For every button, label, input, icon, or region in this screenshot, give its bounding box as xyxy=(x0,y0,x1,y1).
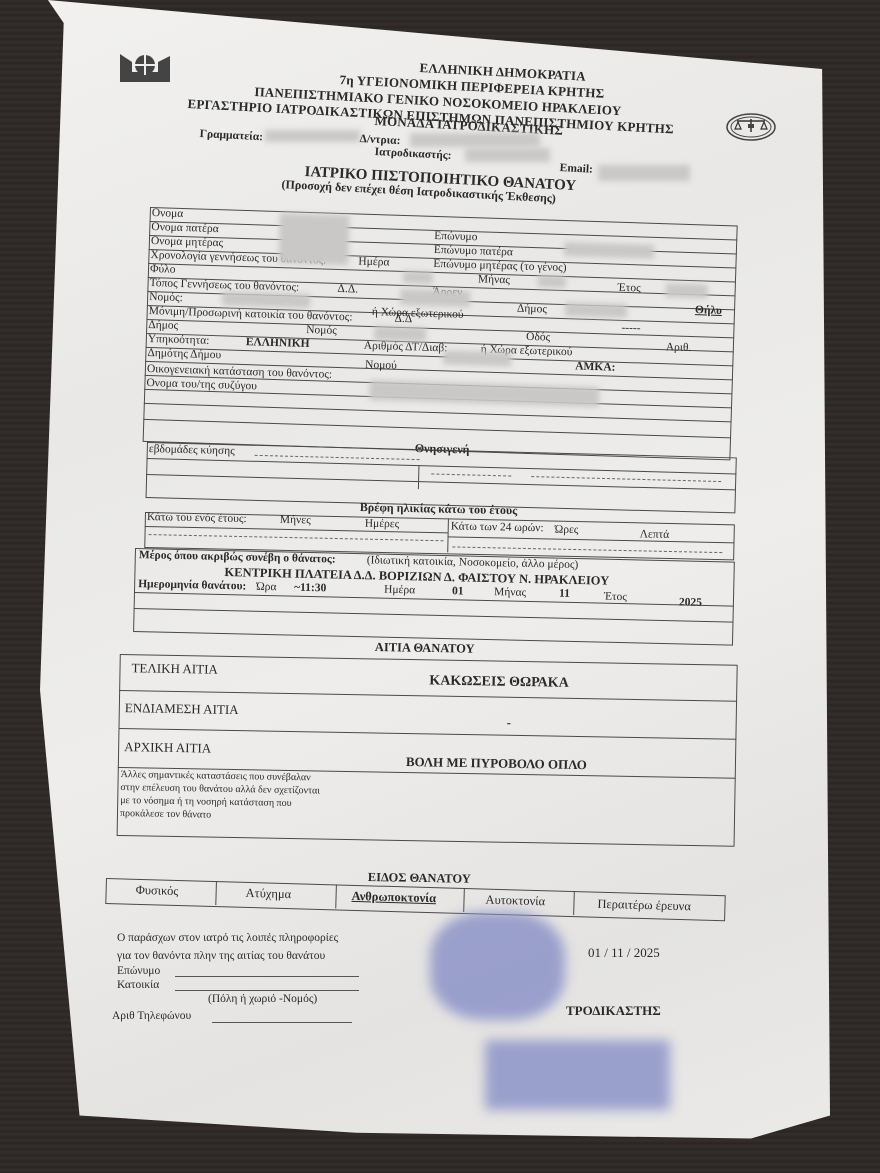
emblem-icon xyxy=(120,52,170,82)
manner-option-further-investigation[interactable]: Περαιτέρω έρευνα xyxy=(597,897,691,915)
informant-residence-hint: (Πόλη ή χωριό -Νομός) xyxy=(208,993,317,1005)
months-label: Μήνες xyxy=(280,514,311,527)
res-municipality-label: Δήμος xyxy=(148,319,178,332)
secretariat-label: Γραμματεία: xyxy=(199,128,263,143)
surname-label: Επώνυμο xyxy=(434,230,478,243)
infant-title: Βρέφη ηλικίας κάτω του έτους xyxy=(360,500,518,518)
final-cause-value: ΚΑΚΩΣΕΙΣ ΘΩΡΑΚΑ xyxy=(429,673,569,691)
death-place-table: Μέρος όπου ακριβώς συνέβη ο θάνατος: (Ιδ… xyxy=(133,548,735,646)
gestation-weeks-label: εβδομάδες κύησης xyxy=(149,443,235,457)
informant-phone-label: Αριθ Τηλεφώνου xyxy=(112,1010,191,1022)
redacted-stamp xyxy=(430,912,565,1020)
redacted-municipality xyxy=(565,302,627,318)
prefecture-of-label: Νομού xyxy=(365,359,397,372)
death-month-label: Μήνας xyxy=(494,586,526,599)
mother-name-label: Ονομα μητέρας xyxy=(151,235,224,249)
sex-label: Φύλο xyxy=(150,263,176,276)
informant-residence-label: Κατοικία xyxy=(117,979,159,991)
manner-title: ΕΙΔΟΣ ΘΑΝΑΤΟΥ xyxy=(368,870,471,887)
director-label: Δ/ντρια: xyxy=(359,133,400,147)
death-month-value: 11 xyxy=(559,588,570,600)
redacted-email xyxy=(598,165,690,181)
coroner-label: Ιατροδικαστής: xyxy=(374,146,451,162)
birth-day-label: Ημέρα xyxy=(358,256,389,269)
informant-line-2: για τον θανόντα πλην της αιτίας του θανά… xyxy=(117,950,325,962)
days-label: Ημέρες xyxy=(365,518,400,531)
number-label: Αριθ. xyxy=(666,341,692,354)
res-prefecture-label: Νομός xyxy=(306,324,337,337)
redacted-signature xyxy=(485,1040,670,1110)
manner-option-accident[interactable]: Ατύχημα xyxy=(245,886,291,902)
father-name-label: Ονομα πατέρα xyxy=(151,221,219,235)
redacted-secretariat xyxy=(265,130,360,142)
email-label: Email: xyxy=(559,162,593,176)
redacted-res-prefecture xyxy=(374,326,426,342)
under-one-year-label: Κάτω του ενός έτους: xyxy=(147,511,247,525)
name-label: Ονομα xyxy=(152,207,184,220)
redacted-year xyxy=(665,283,707,298)
dashes-value: ----- xyxy=(621,322,641,335)
prefecture-label: Νομός: xyxy=(149,291,183,304)
death-certificate-document: ΕΛΛΗΝΙΚΗ ΔΗΜΟΚΡΑΤΙΑ 7η ΥΓΕΙΟΝΟΜΙΚΗ ΠΕΡΙΦ… xyxy=(0,0,880,1173)
minutes-label: Λεπτά xyxy=(640,528,670,541)
death-day-label: Ημέρα xyxy=(384,584,415,597)
redacted-director xyxy=(410,133,540,147)
redacted-surname xyxy=(564,242,654,259)
redacted-names xyxy=(278,213,350,265)
birth-month-label: Μήνας xyxy=(478,273,510,286)
redacted-month xyxy=(538,275,566,288)
redacted-prefecture xyxy=(222,291,310,308)
nationality-label: Υπηκοότητα: xyxy=(148,333,210,347)
other-conditions-label: Άλλες σημαντικές καταστάσεις που συνέβαλ… xyxy=(120,768,320,823)
birth-year-label: Έτος xyxy=(618,282,641,295)
under-24h-label: Κάτω των 24 ωρών: xyxy=(451,520,544,534)
amka-label: ΑΜΚΑ: xyxy=(575,360,616,373)
scales-of-justice-icon xyxy=(725,112,777,142)
death-year-label: Έτος xyxy=(604,591,627,604)
initial-cause-value: ΒΟΛΗ ΜΕ ΠΥΡΟΒΟΛΟ ΟΠΛΟ xyxy=(406,754,587,773)
hours-label: Ώρες xyxy=(555,524,579,536)
manner-option-natural[interactable]: Φυσικός xyxy=(135,883,178,899)
street-label: Οδός xyxy=(526,331,550,344)
citizen-of-label: Δημότης Δήμου xyxy=(147,347,221,361)
death-day-value: 01 xyxy=(452,585,464,597)
redacted-coroner xyxy=(465,148,550,162)
municipality-label: Δήμος xyxy=(517,303,547,316)
redacted-day xyxy=(403,271,433,284)
birthplace-dd-label: Δ.Δ. xyxy=(337,283,358,296)
manner-option-homicide[interactable]: Ανθρωποκτονία xyxy=(351,889,436,906)
nationality-value: ΕΛΛΗΝΙΚΗ xyxy=(246,336,310,350)
death-year-value: 2025 xyxy=(679,596,702,609)
final-cause-label: ΤΕΛΙΚΗ ΑΙΤΙΑ xyxy=(131,660,218,678)
signature-role: ΤΡΟΔΙΚΑΣΤΗΣ xyxy=(566,1003,661,1019)
intermediate-cause-value: - xyxy=(507,715,512,731)
personal-details-table: Ονομα Ονομα πατέρα Ονομα μητέρας Χρονολο… xyxy=(143,207,738,460)
cause-table: ΤΕΛΙΚΗ ΑΙΤΙΑ ΚΑΚΩΣΕΙΣ ΘΩΡΑΚΑ ΕΝΔΙΑΜΕΣΗ Α… xyxy=(117,642,738,848)
signature-date: 01 / 11 / 2025 xyxy=(588,945,660,961)
redacted-id xyxy=(443,350,511,366)
redacted-birth-dd xyxy=(400,289,470,307)
informant-line-1: Ο παράσχων στον ιατρό τις λοιπές πληροφο… xyxy=(117,932,338,944)
informant-surname-label: Επώνυμο xyxy=(117,965,160,977)
death-time-label: Ώρα xyxy=(256,581,277,593)
id-number-label: Αριθμός ΔΤ/Διαβ: xyxy=(364,340,448,355)
intermediate-cause-label: ΕΝΔΙΑΜΕΣΗ ΑΙΤΙΑ xyxy=(125,700,239,718)
father-surname-label: Επώνυμο πατέρα xyxy=(434,244,513,258)
initial-cause-label: ΑΡΧΙΚΗ ΑΙΤΙΑ xyxy=(124,739,211,757)
female-option[interactable]: Θήλυ xyxy=(695,304,722,317)
death-time-value: ~11:30 xyxy=(294,582,326,595)
death-date-label: Ημερομηνία θανάτου: xyxy=(138,578,246,592)
manner-option-suicide[interactable]: Αυτοκτονία xyxy=(485,893,545,910)
